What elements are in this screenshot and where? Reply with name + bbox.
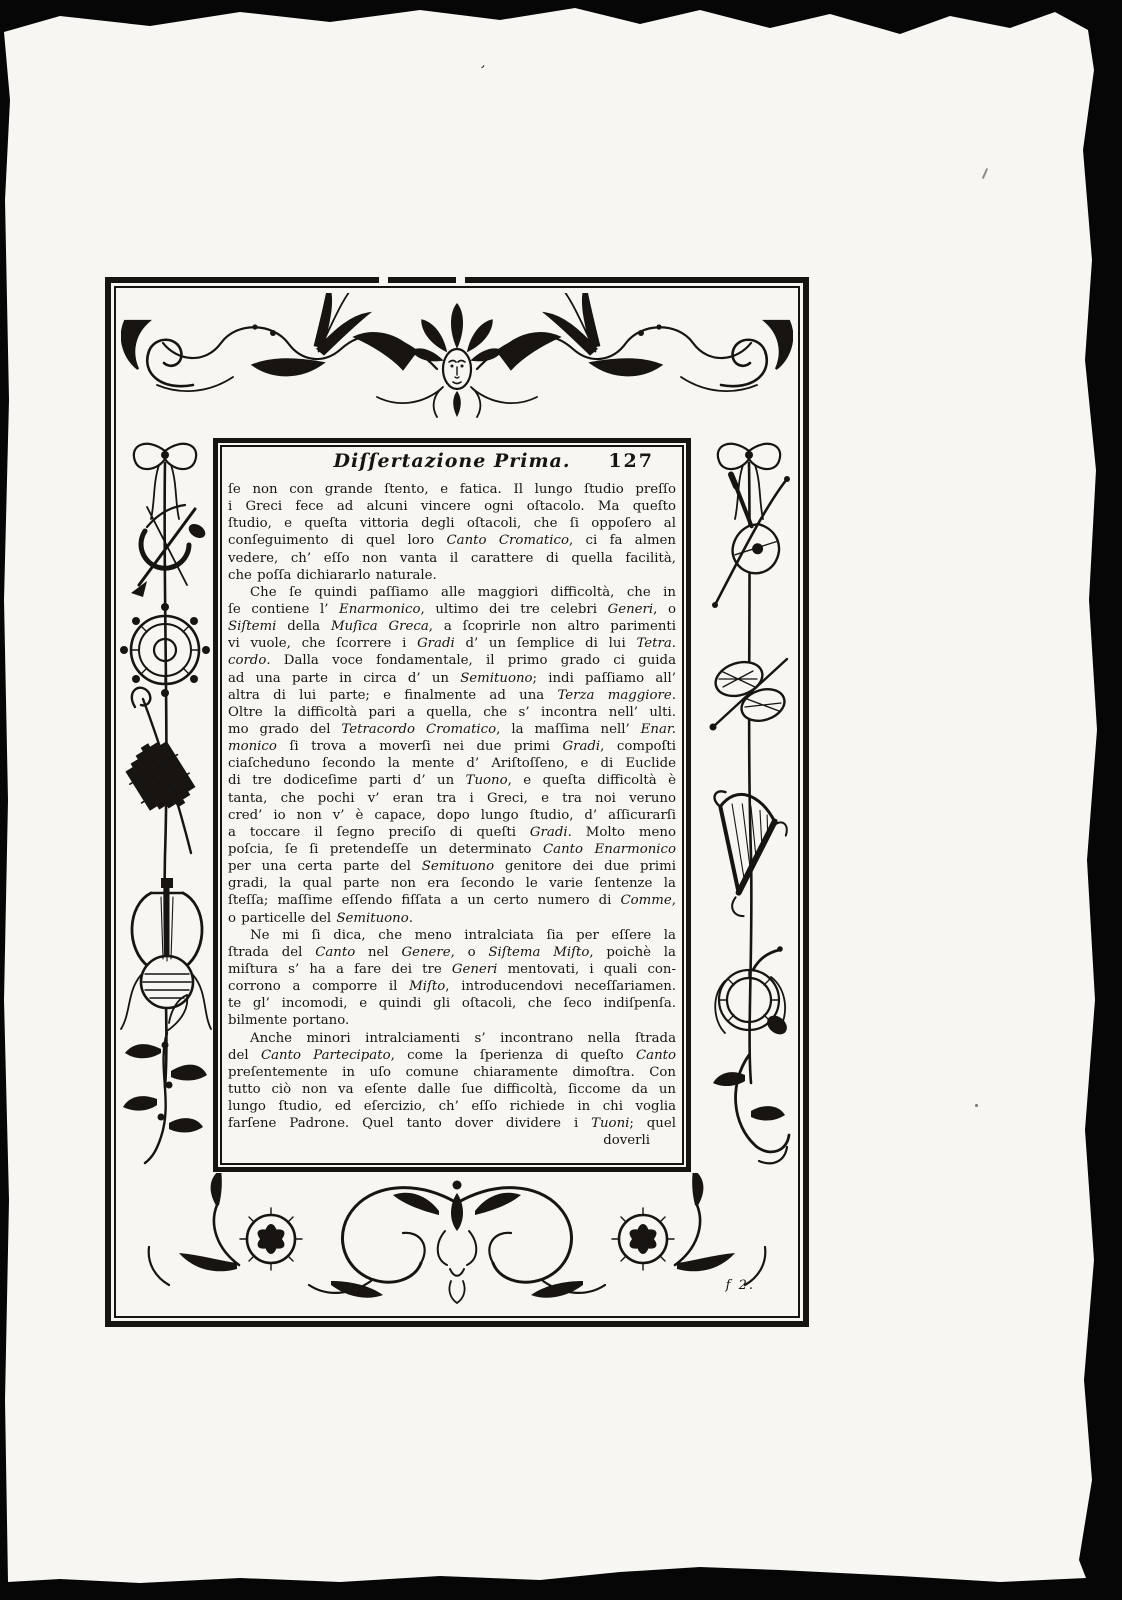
italic-text: Semituono [336,911,408,926]
text-line: tanta, che pochi v’ eran tra i Greci, e … [228,790,676,807]
roman-text: , ci fa almen [569,533,676,548]
roman-text: gradi, la qual parte non era ſecondo le … [228,876,676,891]
roman-text: ſe contiene l’ [228,602,339,617]
italic-text: Gradi [530,825,568,840]
italic-text: Tetra. [636,636,676,651]
text-line: gradi, la qual parte non era ſecondo le … [228,875,676,892]
roman-text: ſe non con grande ſtento, e fatica. Il l… [228,482,676,497]
text-line: cordo. Dalla voce fondamentale, il primo… [228,652,676,669]
roman-text: del [228,1048,261,1063]
roman-text: ad una parte in circa d’ un [228,671,460,686]
mask-cartouche-engraving-icon [121,293,793,435]
roman-text: tanta, che pochi v’ eran tra i Greci, e … [228,791,676,806]
roman-text: , come la ſperienza di queſto [391,1048,636,1063]
italic-text: Muſica Greca [331,619,429,634]
text-line: Ne mi ſi dica, che meno intralciata ſia … [228,927,676,944]
roman-text: vedere, ch’ eſſo non vanta il carattere … [228,551,676,566]
roman-text: ciaſcheduno ſecondo la mente d’ Ariſtoſſ… [228,756,676,771]
roman-text: mentovati, i quali con- [497,962,676,977]
text-line: del Canto Partecipato, come la ſperienza… [228,1047,676,1064]
scan-speck-slash [982,168,988,179]
roman-text: . Dalla voce fondamentale, il primo grad… [266,653,676,668]
paper-sheet: ‚ [0,0,1122,1600]
italic-text: Generi [452,962,498,977]
text-line: ſe contiene l’ Enarmonico, ultimo dei tr… [228,601,676,618]
roman-text: che poſſa dichiararlo naturale. [228,568,437,583]
roman-text: ; quel [629,1116,676,1131]
roman-text: Che ſe quindi paſſiamo alle maggiori dif… [250,585,676,600]
text-line: per una certa parte del Semituono genito… [228,858,676,875]
border-nick [379,277,388,284]
text-line: ſteſſa; maſſime eſſendo fiſſata a un cer… [228,892,676,909]
roman-text: bilmente portano. [228,1013,349,1028]
text-line: tutto ciò non va eſente dalle ſue diffic… [228,1081,676,1098]
roman-text: . [672,688,676,703]
roman-text: , o [451,945,489,960]
text-line: lungo ſtudio, ed eſercizio, ch’ eſſo ric… [228,1098,676,1115]
text-line: monico ſi trova a moverſi nei due primi … [228,738,676,755]
italic-text: Enar. [641,722,676,737]
italic-text: cordo [228,653,266,668]
roman-text: tutto ciò non va eſente dalle ſue diffic… [228,1082,676,1097]
text-line: cred’ io non v’ è capace, dopo lungo ſtu… [228,807,676,824]
italic-text: Canto Partecipato [261,1048,391,1063]
italic-text: Generi [608,602,654,617]
text-line: i Greci fece ad alcuni vincere ogni oſta… [228,498,676,515]
roman-text: corrono a comporre il [228,979,409,994]
italic-text: Gradi [562,739,600,754]
text-line: ad una parte in circa d’ un Semituono; i… [228,670,676,687]
roman-text: conſeguimento di quel loro [228,533,446,548]
roman-text: , introducendovi neceſſariamen. [445,979,676,994]
text-line: preſentemente in uſo comune chiaramente … [228,1064,676,1081]
italic-text: Canto Enarmonico [543,842,676,857]
roman-text: poſcia, ſe ſi pretendeſſe un determinato [228,842,543,857]
roman-text: , a ſcoprirle non altro parimenti [429,619,676,634]
roman-text: o particelle del [228,911,336,926]
text-line: Che ſe quindi paſſiamo alle maggiori dif… [228,584,676,601]
roman-text: cred’ io non v’ è capace, dopo lungo ſtu… [228,808,676,823]
roman-text: a toccare il ſegno preciſo di queſti [228,825,530,840]
italic-text: Genere [401,945,450,960]
roman-text: , [672,893,676,908]
text-line: ſtrada del Canto nel Genere, o Siſtema M… [228,944,676,961]
roman-text: Oltre la difficoltà pari a quella, che s… [228,705,676,720]
roman-text: , la maſſima nell’ [496,722,641,737]
text-line: conſeguimento di quel loro Canto Cromati… [228,532,676,549]
roman-text: . Molto meno [568,825,676,840]
roman-text: per una certa parte del [228,859,422,874]
text-line: vi vuole, che ſcorrere i Gradi d’ un ſem… [228,635,676,652]
text-line: poſcia, ſe ſi pretendeſſe un determinato… [228,841,676,858]
text-line: farſene Padrone. Quel tanto dover divide… [228,1115,676,1132]
italic-text: Terza maggiore [557,688,671,703]
text-line: ciaſcheduno ſecondo la mente d’ Ariſtoſſ… [228,755,676,772]
italic-text: Comme [620,893,671,908]
roman-text: ſi trova a moverſi nei due primi [277,739,563,754]
floral-scroll-bottom-icon [121,1173,793,1313]
border-nick [456,277,465,284]
signature-mark: f 2. [726,1278,755,1293]
roman-text: doverli [603,1133,650,1148]
roman-text: ſtudio, e queſta vittoria degli oſtacoli… [228,516,676,531]
roman-text: farſene Padrone. Quel tanto dover divide… [228,1116,591,1131]
musical-trophy-right-icon [701,435,797,1169]
text-line: corrono a comporre il Miſto, introducend… [228,978,676,995]
text-line: Oltre la difficoltà pari a quella, che s… [228,704,676,721]
roman-text: ; indi paſſiamo all’ [533,671,676,686]
italic-text: Enarmonico [339,602,420,617]
roman-text: , o [653,602,676,617]
roman-text: preſentemente in uſo comune chiaramente … [228,1065,676,1080]
roman-text: ſtrada del [228,945,315,960]
roman-text: vi vuole, che ſcorrere i [228,636,417,651]
scanned-book-page: ‚ [0,0,1122,1600]
text-line: ſe non con grande ſtento, e fatica. Il l… [228,481,676,498]
ornate-border-frame: Diſſertazione Prima. 127 ſe non con gran… [105,277,809,1327]
italic-text: Canto Cromatico [446,533,568,548]
italic-text: Canto [315,945,355,960]
text-line: altra di lui parte; e finalmente ad una … [228,687,676,704]
roman-text: , ultimo dei tre celebri [420,602,607,617]
text-line: mo grado del Tetracordo Cromatico, la ma… [228,721,676,738]
roman-text: i Greci fece ad alcuni vincere ogni oſta… [228,499,676,514]
italic-text: Tuoni [591,1116,629,1131]
text-line: Siſtemi della Muſica Greca, a ſcoprirle … [228,618,676,635]
roman-text: nel [355,945,401,960]
scan-speck-dot [975,1104,978,1107]
running-header: Diſſertazione Prima. 127 [228,450,676,478]
roman-text: altra di lui parte; e finalmente ad una [228,688,557,703]
roman-text: genitore dei due primi [494,859,676,874]
roman-text: , compoſti [600,739,676,754]
roman-text: , e queſta difficoltà è [508,773,676,788]
italic-text: Canto [636,1048,676,1063]
roman-text: Anche minori intralciamenti s’ incontran… [250,1031,676,1046]
roman-text: . [409,911,413,926]
text-box: Diſſertazione Prima. 127 ſe non con gran… [213,438,691,1172]
text-line: ſtudio, e queſta vittoria degli oſtacoli… [228,515,676,532]
roman-text: d’ un ſemplice di lui [455,636,637,651]
italic-text: Tuono [466,773,508,788]
catchword-line: doverli [228,1132,676,1149]
page-number: 127 [608,450,654,472]
text-line: o particelle del Semituono. [228,910,676,927]
roman-text: di tre dodiceſime parti d’ un [228,773,466,788]
roman-text: ſteſſa; maſſime eſſendo fiſſata a un cer… [228,893,620,908]
scan-speck-tick: ‚ [480,55,489,72]
text-line: Anche minori intralciamenti s’ incontran… [228,1030,676,1047]
text-line: a toccare il ſegno preciſo di queſti Gra… [228,824,676,841]
roman-text: Ne mi ſi dica, che meno intralciata ſia … [250,928,676,943]
text-line: di tre dodiceſime parti d’ un Tuono, e q… [228,772,676,789]
text-lines: ſe non con grande ſtento, e fatica. Il l… [228,481,676,1149]
italic-text: Semituono [460,671,532,686]
roman-text: te gl’ incomodi, e quindi gli oſtacoli, … [228,996,676,1011]
italic-text: monico [228,739,277,754]
roman-text: , poichè la [589,945,676,960]
text-box-content: Diſſertazione Prima. 127 ſe non con gran… [228,449,676,1161]
italic-text: Siſtema Miſto [488,945,589,960]
italic-text: Miſto [409,979,445,994]
text-line: che poſſa dichiararlo naturale. [228,567,676,584]
italic-text: Gradi [417,636,455,651]
musical-trophy-left-icon [117,435,213,1169]
italic-text: Tetracordo Cromatico [341,722,496,737]
roman-text: della [276,619,331,634]
text-line: te gl’ incomodi, e quindi gli oſtacoli, … [228,995,676,1012]
italic-text: Siſtemi [228,619,276,634]
roman-text: lungo ſtudio, ed eſercizio, ch’ eſſo ric… [228,1099,676,1114]
roman-text: miſtura s’ ha a fare dei tre [228,962,452,977]
text-line: bilmente portano. [228,1012,676,1029]
text-line: miſtura s’ ha a fare dei tre Generi ment… [228,961,676,978]
italic-text: Semituono [422,859,494,874]
text-line: vedere, ch’ eſſo non vanta il carattere … [228,550,676,567]
roman-text: mo grado del [228,722,341,737]
